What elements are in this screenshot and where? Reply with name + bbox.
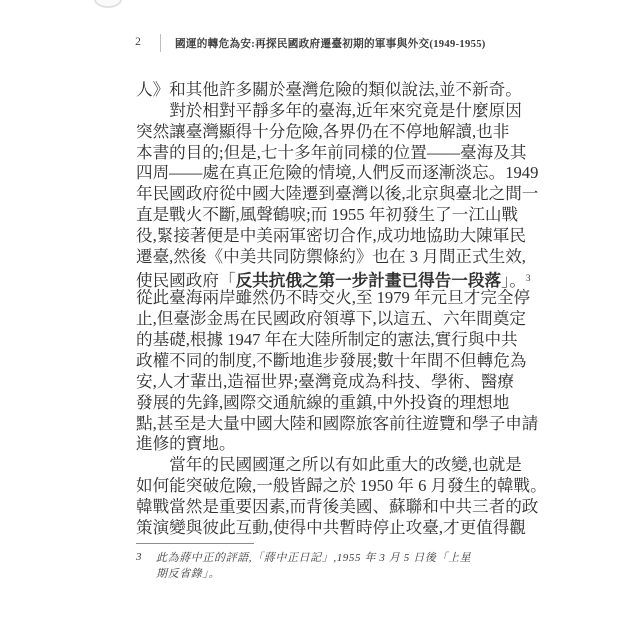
text-line: 突然讓臺灣顯得十分危險,各界仍在不停地解讀,也非: [136, 122, 478, 143]
footnote-row: 3 此為蔣中正的評語,「蔣中正日記」,1955 年 3 月 5 日後「上星期反省…: [136, 551, 526, 582]
page-header: 2 國運的轉危為安:再探民國政府遷臺初期的軍事與外交(1949-1955): [0, 34, 640, 54]
footnote: 3 此為蔣中正的評語,「蔣中正日記」,1955 年 3 月 5 日後「上星期反省…: [136, 543, 526, 582]
text-line: 對於相對平靜多年的臺海,近年來究竟是什麼原因: [136, 101, 478, 122]
text-line: 安,人才輩出,造福世界;臺灣竟成為科技、學術、醫療: [136, 372, 478, 393]
text-line: 策演變與彼此互動,使得中共暫時停止攻臺,才更值得觀: [136, 518, 478, 539]
footnote-separator: [136, 543, 254, 544]
text-line: 止,但臺澎金馬在民國政府領導下,以這五、六年間奠定: [136, 309, 478, 330]
text-line: 四周——處在真正危險的情境,人們反而逐漸淡忘。1949: [136, 163, 478, 184]
text-line: 遷臺,然後《中美共同防禦條約》也在 3 月間正式生效,: [136, 247, 478, 268]
footnote-ref-marker: 3: [526, 273, 531, 283]
text-line: 韓戰當然是重要因素,而背後美國、蘇聯和中共三者的政: [136, 497, 478, 518]
text-line: 從此臺海兩岸雖然仍不時交火,至 1979 年元旦才完全停: [136, 288, 478, 309]
footnote-text: 此為蔣中正的評語,「蔣中正日記」,1955 年 3 月 5 日後「上星期反省錄」…: [156, 551, 471, 582]
text-line: 點,甚至是大量中國大陸和國際旅客前往遊覽和學子申請: [136, 414, 478, 435]
running-title: 國運的轉危為安:再探民國政府遷臺初期的軍事與外交(1949-1955): [175, 36, 486, 51]
body-text: 人》和其他許多關於臺灣危險的類似說法,並不新奇。對於相對平靜多年的臺海,近年來究…: [136, 80, 478, 539]
bold-quote-text: 反共抗俄之第一步計畫已得告一段落: [236, 271, 502, 290]
text-line: 本書的目的;但是,七十多年前同樣的位置——臺海及其: [136, 143, 478, 164]
text-segment: 使民國政府「: [136, 271, 236, 290]
book-page: 2 國運的轉危為安:再探民國政府遷臺初期的軍事與外交(1949-1955) 人》…: [0, 0, 640, 640]
header-divider: [160, 34, 161, 52]
text-line: 如何能突破危險,一般皆歸之於 1950 年 6 月發生的韓戰。: [136, 476, 478, 497]
text-segment: 」。: [501, 271, 526, 290]
page-number: 2: [131, 36, 145, 48]
text-line: 使民國政府「反共抗俄之第一步計畫已得告一段落」。3: [136, 268, 478, 289]
footnote-number: 3: [136, 551, 156, 582]
text-line: 進修的寶地。: [136, 434, 478, 455]
footnote-line: 期反省錄」。: [156, 567, 471, 583]
text-line: 發展的先鋒,國際交通航線的重鎮,中外投資的理想地: [136, 393, 478, 414]
text-line: 役,緊接著便是中美兩軍密切合作,成功地協助大陳軍民: [136, 226, 478, 247]
text-line: 政權不同的制度,不斷地進步發展;數十年間不但轉危為: [136, 351, 478, 372]
text-line: 年民國政府從中國大陸遷到臺灣以後,北京與臺北之間一: [136, 184, 478, 205]
text-line: 人》和其他許多關於臺灣危險的類似說法,並不新奇。: [136, 80, 478, 101]
footnote-line: 此為蔣中正的評語,「蔣中正日記」,1955 年 3 月 5 日後「上星: [156, 551, 471, 567]
text-line: 直是戰火不斷,風聲鶴唳;而 1955 年初發生了一江山戰: [136, 205, 478, 226]
page-top-scan-artifact: [94, 0, 122, 8]
text-line: 的基礎,根據 1947 年在大陸所制定的憲法,實行與中共: [136, 330, 478, 351]
text-line: 當年的民國國運之所以有如此重大的改變,也就是: [136, 455, 478, 476]
